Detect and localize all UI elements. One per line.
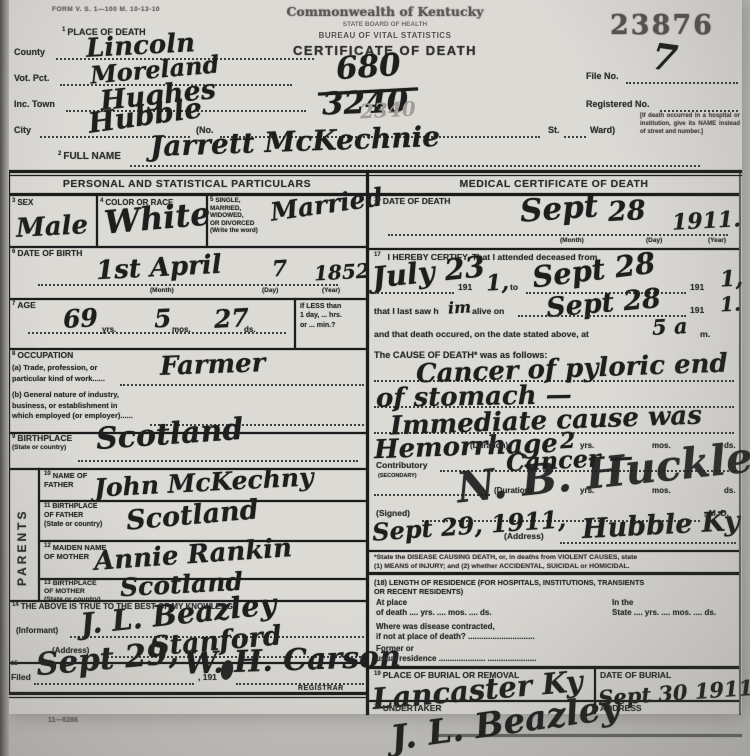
rule [369, 550, 739, 552]
dotted-line [120, 384, 364, 386]
ds-caption: ds. [244, 325, 256, 334]
death-month-value: Sept [519, 191, 599, 227]
birthplace-value: Scotland [95, 415, 244, 455]
year-caption: (Year) [708, 237, 726, 244]
date-of-death-label: 16DATE OF DEATH [374, 197, 450, 207]
contributory-label: Contributory [376, 461, 427, 471]
age-label: 7AGE [12, 301, 36, 311]
registrar-signature: W. H. Carson [184, 642, 402, 680]
cell-divider [38, 468, 40, 600]
cell-divider [96, 195, 98, 246]
commonwealth-title: Commonwealth of Kentucky [250, 4, 520, 19]
birth-year-value: 1852 [314, 261, 371, 284]
last-saw-statement-a: that I last saw h [374, 306, 439, 316]
disease-contracted-label: Where was disease contracted, [376, 622, 495, 631]
year-caption: (Year) [322, 287, 340, 294]
date-of-birth-label: 6DATE OF BIRTH [12, 249, 82, 259]
ds-caption-2: ds. [724, 486, 736, 495]
filed-label: Filed [11, 673, 31, 683]
filed-row-number: 15 [11, 661, 18, 668]
full-name-label: 2FULL NAME [58, 151, 121, 163]
death-year-value: 1911. [671, 208, 741, 234]
former-residence-line: usual residence ..................... ..… [376, 654, 537, 663]
occupation-trade-label: (a) Trade, profession, or particular kin… [12, 363, 105, 384]
rule [436, 734, 742, 737]
book-gutter-edge [0, 0, 9, 756]
birth-month-value: 1st April [95, 252, 222, 285]
m-caption: m. [700, 329, 710, 339]
ward-label: Ward) [590, 125, 615, 135]
rule [8, 692, 368, 695]
registered-no-label: Registered No. [586, 99, 650, 109]
column-divider [366, 170, 369, 715]
father-birthplace-label: 11BIRTHPLACE OF FATHER (State or country… [44, 503, 102, 529]
year-printed-3: 191 [690, 306, 704, 316]
sex-value: Male [15, 212, 88, 242]
death-day-value: 28 [607, 197, 646, 226]
occupation-value: Farmer [160, 350, 266, 380]
full-name-value: Jarrett McKechnie [150, 123, 441, 161]
father-birthplace-value: Scotland [125, 496, 260, 534]
day-caption: (Day) [646, 237, 662, 244]
file-no-value: 7 [650, 38, 680, 77]
him-handwritten: im [448, 299, 472, 316]
plate-number-note: 11—5286 [48, 717, 78, 725]
dotted-line [626, 82, 738, 84]
inc-town-label: Inc. Town [14, 99, 55, 109]
duration-label: (Duration) [470, 441, 508, 450]
rule [8, 298, 366, 300]
in-state-line: State .... yrs. .... mos. .... ds. [612, 608, 716, 617]
dotted-line [560, 542, 736, 544]
month-caption: (Month) [560, 237, 584, 244]
month-caption: (Month) [150, 287, 174, 294]
at-place-line: of death .... yrs. .... mos. .... ds. [376, 608, 492, 617]
filed-date-value: Sept 29, [35, 638, 180, 681]
form-number-note: FORM V. S. 1—100 M. 10-13-10 [52, 6, 160, 13]
dotted-line [34, 683, 194, 685]
voting-precinct-label: Vot. Pct. [14, 73, 49, 83]
age-months-value: 5 [153, 306, 172, 332]
marital-status-label: 5SINGLE, MARRIED, WIDOWED, OR DIVORCED (… [210, 197, 258, 235]
cell-divider [294, 298, 296, 348]
year-printed-1: 191 [458, 283, 472, 293]
medical-section-title: MEDICAL CERTIFICATE OF DEATH [369, 178, 739, 190]
birthplace-hint: (State or country) [12, 444, 66, 451]
secondary-caption: (SECONDARY) [378, 473, 417, 479]
father-name-label: 10NAME OF FATHER [44, 471, 87, 490]
if-less-than-day-note: If LESS than 1 day, ... hrs. or ... min.… [300, 302, 342, 330]
year-printed-2: 191 [690, 283, 704, 293]
parents-group-label: PARENTS [16, 486, 30, 586]
rule [369, 572, 739, 575]
informant-label: (Informant) [16, 626, 58, 635]
in-state-label: In the [612, 598, 633, 607]
mos-caption: mos. [172, 325, 191, 334]
former-residence-label: Former or [376, 644, 414, 653]
dotted-line [660, 110, 738, 112]
county-label: County [14, 47, 45, 57]
birth-day-value: 7 [271, 258, 287, 281]
certificate-paper: FORM V. S. 1—100 M. 10-13-10 1PLACE OF D… [8, 0, 742, 714]
color-race-value: White [103, 197, 212, 238]
physician-address-value: Hubble Ky [581, 508, 740, 543]
rule [8, 697, 368, 698]
rule [369, 248, 739, 250]
death-time-value: 5 a [651, 315, 688, 338]
last-saw-statement-b: alive on [472, 306, 504, 316]
dotted-line [130, 165, 700, 167]
scanned-death-certificate: FORM V. S. 1—100 M. 10-13-10 1PLACE OF D… [0, 0, 750, 756]
rule [8, 170, 742, 173]
year-hw-2: 1, [719, 267, 743, 290]
hospital-instruction-note: [If death occurred in a hospital or inst… [640, 113, 740, 136]
address-label: (Address) [504, 532, 544, 542]
occupation-label: 8OCCUPATION [12, 351, 73, 361]
year-hw-1: 1, [485, 271, 509, 294]
state-board-subtitle: STATE BOARD OF HEALTH [250, 21, 520, 28]
city-label: City [14, 125, 31, 135]
dotted-line [564, 136, 586, 138]
death-occurred-statement: and that death occured, on the date stat… [374, 329, 589, 339]
pencil-annotation: 2340 [360, 99, 417, 122]
rule [8, 175, 742, 176]
registration-fraction-top: 680 [335, 50, 402, 85]
dotted-line [38, 284, 338, 286]
cause-footnote: *State the DISEASE CAUSING DEATH, or, in… [374, 553, 637, 571]
birthplace-label: 9BIRTHPLACE [12, 434, 72, 444]
dotted-line [78, 460, 358, 462]
year-hw-3: 1. [719, 293, 741, 314]
to-label: to [510, 283, 518, 293]
street-label: St. [548, 125, 560, 135]
age-years-value: 69 [62, 305, 98, 332]
yrs-caption: yrs. [102, 325, 116, 334]
at-place-label: At place [376, 598, 407, 607]
dotted-line [374, 292, 454, 294]
occupation-industry-label: (b) General nature of industry, business… [12, 390, 133, 422]
bureau-subtitle: BUREAU OF VITAL STATISTICS [250, 31, 520, 40]
personal-section-title: PERSONAL AND STATISTICAL PARTICULARS [8, 178, 366, 190]
date-of-burial-label: DATE OF BURIAL [600, 671, 671, 681]
day-caption: (Day) [262, 287, 278, 294]
length-of-residence-label: (18) LENGTH OF RESIDENCE (FOR HOSPITALS,… [374, 578, 644, 597]
sex-label: 3SEX [12, 198, 33, 207]
file-no-label: File No. [586, 71, 619, 81]
disease-contracted-line: if not at place of death? ..............… [376, 632, 535, 641]
